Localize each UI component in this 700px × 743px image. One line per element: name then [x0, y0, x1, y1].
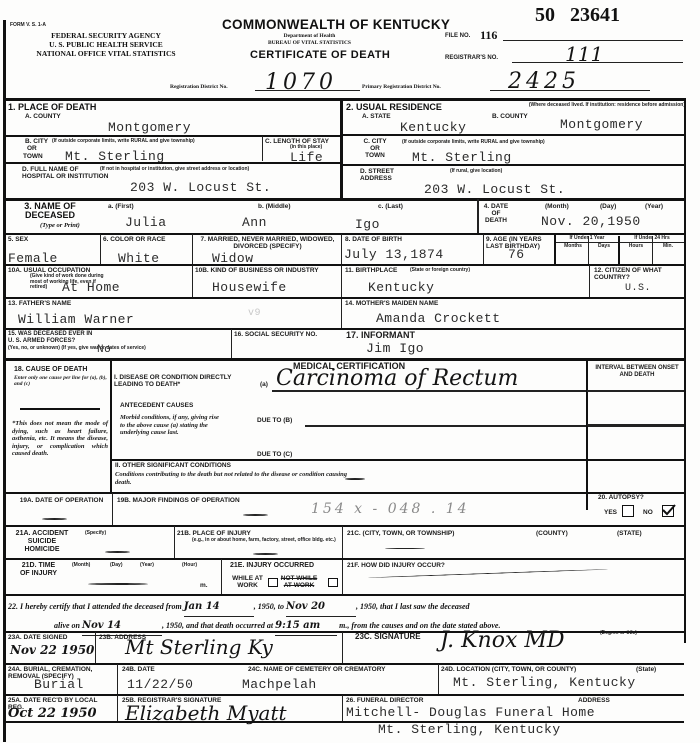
file-no-label: FILE NO. [445, 33, 470, 40]
autopsy-no-checkbox[interactable] [662, 505, 674, 517]
burial-value: Burial [34, 677, 84, 692]
age-min-col: Min. [653, 244, 683, 250]
blank-mark [368, 569, 608, 578]
time-of-death: 9:15 am [275, 617, 337, 636]
business-label: 10b. KIND OF BUSINESS OR INDUSTRY [195, 267, 340, 274]
injury-location-label: 21c. (CITY, TOWN, OR TOWNSHIP) [347, 530, 454, 537]
divider [5, 631, 684, 633]
res-county-value: Montgomery [560, 117, 643, 132]
business-value: Housewife [212, 280, 287, 295]
place-of-death-label: 1. PLACE OF DEATH [8, 102, 96, 112]
autopsy-no-label: NO [643, 509, 653, 516]
time-year-col: (Year) [140, 563, 154, 569]
birthplace-value: Kentucky [368, 280, 434, 295]
divider [192, 265, 193, 297]
funeral-director-value: Mitchell- Douglas Funeral Home [346, 705, 595, 720]
occupation-value: At Home [62, 280, 120, 295]
cert-text: alive on [54, 621, 80, 630]
race-label: 6. COLOR OR RACE [103, 236, 165, 243]
place-injury-note: (e.g., in or about home, farm, factory, … [192, 538, 342, 544]
divider [5, 558, 684, 560]
accident-specify: (Specify) [85, 531, 106, 537]
agency-block: FEDERAL SECURITY AGENCY U. S. PUBLIC HEA… [6, 31, 206, 58]
divider [5, 264, 684, 266]
other-conditions-label: II. OTHER SIGNIFICANT CONDITIONS [115, 462, 231, 469]
res-city-note: (If outside corporate limits, write RURA… [402, 140, 682, 146]
divider [342, 695, 343, 723]
divider [477, 199, 479, 233]
signature-label: 23c. SIGNATURE [355, 633, 421, 640]
divider [5, 328, 684, 330]
age-hours-col: Hours [620, 244, 652, 250]
disease-label: I. DISEASE OR CONDITION DIRECTLY LEADING… [114, 374, 254, 388]
attended-to: Nov 20 [286, 598, 356, 617]
divider [5, 594, 684, 596]
dod-month-col: (Month) [545, 203, 569, 210]
time-month-col: (Month) [72, 563, 90, 569]
physician-signature: J. Knox MD [440, 628, 565, 653]
form-number: Form V. S. 1-A [10, 22, 46, 29]
cemetery-value: Machpelah [242, 677, 317, 692]
age-value: 76 [508, 247, 525, 262]
cause-footnote: *This does not mean the mode of dying, s… [12, 420, 108, 458]
blank-mark [385, 548, 425, 549]
burial-date-label: 24b. DATE [122, 666, 155, 673]
mother-value: Amanda Crockett [376, 311, 501, 326]
divider [221, 559, 222, 594]
deceased-name-label: 3. NAME OF DECEASED [10, 202, 90, 220]
cause-label: 18. CAUSE OF DEATH [14, 366, 87, 373]
divider [4, 198, 684, 201]
divider [652, 236, 653, 264]
usual-residence-label: 2. USUAL RESIDENCE [346, 102, 442, 112]
age-months-col: Months [558, 244, 588, 250]
age-days-col: Days [589, 244, 619, 250]
burial-location-label: 24d. LOCATION (City, town, or county) [441, 666, 576, 673]
divider [618, 236, 620, 264]
divider [174, 526, 175, 558]
informant-label: 17. INFORMANT [346, 331, 415, 340]
due-b-label: DUE TO (b) [257, 417, 292, 424]
other-conditions-note: Conditions contributing to the death but… [115, 471, 360, 486]
first-name-value: Julia [125, 215, 167, 230]
divider [587, 424, 684, 426]
divider [117, 695, 118, 723]
due-c-label: DUE TO (c) [257, 451, 292, 458]
divider [438, 664, 439, 694]
funeral-address-value: Mt. Sterling, Kentucky [378, 722, 561, 737]
accident-label: 21a. ACCIDENT SUICIDE HOMICIDE [12, 530, 72, 554]
divider [341, 234, 342, 264]
res-county-label: b. COUNTY [492, 113, 528, 120]
divider [5, 162, 340, 164]
last-name-value: Igo [355, 217, 380, 232]
dod-year-col: (Year) [645, 203, 663, 210]
divider [5, 721, 684, 723]
degree-label: (Degree or title) [600, 631, 637, 637]
autopsy-yes-checkbox[interactable] [622, 505, 634, 517]
divider [483, 234, 484, 264]
time-injury-label: 21d. TIME OF INJURY [16, 562, 61, 578]
right-border [684, 98, 686, 643]
reg-district-line [255, 90, 360, 91]
file-no-value: 116 [480, 28, 497, 43]
divider [342, 134, 684, 136]
dob-value: July 13,1874 [344, 247, 444, 262]
funeral-address-label: ADDRESS [578, 697, 610, 704]
header-divider [4, 98, 684, 101]
burial-date-value: 11/22/50 [127, 677, 193, 692]
autopsy-label: 20. AUTOPSY? [598, 494, 644, 501]
divider [262, 136, 263, 161]
op-findings-label: 19b. MAJOR FINDINGS OF OPERATION [117, 497, 240, 504]
town-label: TOWN [23, 153, 43, 160]
birthplace-label: 11. BIRTHPLACE [345, 267, 397, 274]
hospital-label: d. FULL NAME OF HOSPITAL OR INSTITUTION [22, 166, 112, 180]
age-under-year: If Under 1 Year [557, 236, 617, 242]
citizen-value: U.S. [625, 283, 651, 294]
injury-occurred-label: 21e. INJURY OCCURRED [230, 562, 314, 569]
sex-label: 5. SEX [8, 236, 28, 243]
autopsy-yes-label: YES [604, 509, 617, 516]
armed-value: No [97, 344, 111, 356]
divider [112, 493, 113, 525]
registrar-no-value: 111 [565, 42, 603, 66]
cert-text: 22. I hereby certify that I attended the… [8, 602, 182, 611]
divider [117, 664, 118, 694]
date-signed-label: 23a. DATE SIGNED [8, 634, 67, 641]
divider [586, 360, 588, 510]
divider [589, 265, 590, 297]
divider [111, 459, 684, 461]
death-certificate: Form V. S. 1-A FEDERAL SECURITY AGENCY U… [0, 0, 700, 743]
divider [554, 234, 556, 264]
cert-line-1: 22. I hereby certify that I attended the… [8, 598, 683, 617]
res-state-label: a. STATE [362, 113, 391, 120]
burial-location-value: Mt. Sterling, Kentucky [453, 675, 636, 690]
death-county-label: a. COUNTY [25, 113, 61, 120]
informant-value: Jim Igo [366, 341, 424, 356]
divider [20, 408, 100, 410]
agency-line: U. S. PUBLIC HEALTH SERVICE [6, 40, 206, 49]
line-a-label: (a) [260, 381, 268, 388]
armed-note: (Yes, no, or unknown) (If yes, give war … [8, 346, 173, 352]
not-work-checkbox[interactable] [328, 578, 338, 587]
bureau-line: BUREAU OF VITAL STATISTICS [222, 40, 397, 47]
while-work-label: WHILE AT WORK [230, 575, 265, 589]
department-block: Department of Health BUREAU OF VITAL STA… [222, 33, 397, 47]
dod-value: Nov. 20,1950 [541, 214, 641, 229]
blank-mark [88, 583, 148, 585]
registrar-no-label: REGISTRAR'S NO. [445, 55, 498, 62]
last-name-label: c. (Last) [378, 203, 403, 210]
res-state-value: Kentucky [400, 120, 466, 135]
date-signed-value: Nov 22 1950 [10, 643, 94, 657]
blank-mark [345, 478, 365, 480]
how-injury-label: 21f. HOW DID INJURY OCCUR? [347, 562, 445, 569]
place-injury-label: 21b. PLACE OF INJURY [177, 530, 251, 537]
citizen-label: 12. CITIZEN OF WHAT COUNTRY? [594, 267, 682, 281]
code-note: 154 x - 048 . 14 [311, 501, 470, 517]
reg-district-label: Registration District No. [170, 84, 228, 90]
primary-district-label: Primary Registration District No. [362, 84, 441, 90]
res-city-label: c. CITY OR TOWN [360, 138, 390, 159]
dod-day-col: (Day) [600, 203, 616, 210]
death-city-label: b. CITY [25, 138, 48, 145]
divider [5, 492, 684, 494]
divider [100, 234, 101, 264]
blank-mark [243, 514, 268, 516]
res-street-value: 203 W. Locust St. [424, 182, 565, 197]
department-line: Department of Health [222, 33, 397, 40]
time-hour-col: (Hour) [182, 563, 197, 569]
res-street-label: d. STREET ADDRESS [360, 168, 405, 182]
attended-from: Jan 14 [184, 598, 254, 617]
antecedent-note: Morbid conditions, if any, giving rise t… [120, 414, 222, 437]
blank-mark [42, 518, 67, 520]
burial-state-label: (State) [636, 666, 656, 673]
cause-a-value: Carcinoma of Rectum [276, 366, 518, 391]
faint-mark: v9 [248, 308, 261, 319]
birthplace-note: (State or foreign country) [410, 268, 470, 274]
not-work-label: NOT WHILE AT WORK [280, 575, 318, 589]
check-icon [662, 504, 676, 516]
divider [231, 329, 232, 358]
middle-name-value: Ann [242, 215, 267, 230]
antecedent-label: ANTECEDENT CAUSES [120, 402, 193, 409]
divider [5, 135, 340, 137]
divider [95, 632, 96, 663]
middle-name-label: b. (Middle) [258, 203, 291, 210]
cemetery-label: 24c. NAME OF CEMETERY OR CREMATORY [248, 666, 385, 673]
first-name-label: a. (First) [108, 203, 134, 210]
reg-district-value: 1070 [265, 70, 337, 95]
injury-state-col: (STATE) [617, 530, 642, 537]
certificate-title: CERTIFICATE OF DEATH [250, 49, 390, 61]
or-label: OR [27, 145, 37, 152]
divider [5, 525, 684, 527]
agency-line: NATIONAL OFFICE VITAL STATISTICS [6, 49, 206, 58]
divider [588, 236, 589, 264]
divider [342, 526, 343, 594]
cert-text: , 1950, and that death occurred at [162, 621, 273, 630]
divider [5, 663, 684, 665]
cert-text: , 1950, that I last saw the deceased [356, 602, 470, 611]
time-m-label: m. [200, 582, 208, 589]
blank-mark [105, 551, 130, 553]
marital-label: 7. MARRIED, NEVER MARRIED, WIDOWED, DIVO… [195, 236, 340, 250]
address-value: Mt Sterling Ky [125, 635, 273, 659]
father-value: William Warner [18, 312, 134, 327]
res-city-value: Mt. Sterling [412, 150, 512, 165]
dob-label: 8. DATE OF BIRTH [345, 236, 402, 243]
injury-county-col: (COUNTY) [536, 530, 568, 537]
col-divider [340, 100, 343, 199]
usual-residence-note: (Where deceased lived. If institution: r… [490, 103, 685, 109]
divider [587, 390, 684, 392]
divider [192, 234, 193, 264]
res-street-note: (If rural, give location) [450, 169, 502, 175]
hospital-note: (If not in hospital or institution, give… [100, 167, 335, 173]
agency-line: FEDERAL SECURITY AGENCY [6, 31, 206, 40]
dod-label: 4. DATE OF DEATH [481, 203, 511, 224]
cert-text: , 1950, to [254, 602, 284, 611]
divider [110, 360, 112, 492]
interval-label: INTERVAL BETWEEN ONSET AND DEATH [592, 365, 682, 379]
divider [5, 297, 684, 299]
armed-label: 15. WAS DECEASED EVER IN U. S. ARMED FOR… [8, 331, 96, 345]
primary-district-line [490, 90, 650, 91]
while-work-checkbox[interactable] [268, 578, 278, 587]
blank-mark [253, 553, 278, 555]
mother-label: 14. MOTHER'S MAIDEN NAME [345, 300, 438, 307]
divider [342, 164, 684, 166]
divider [342, 632, 343, 663]
father-label: 13. FATHER'S NAME [8, 300, 71, 307]
file-no-line [503, 40, 683, 41]
hospital-value: 203 W. Locust St. [130, 180, 271, 195]
death-city-note: (If outside corporate limits, write RURA… [52, 139, 262, 145]
op-date-label: 19a. DATE OF OPERATION [14, 497, 109, 504]
cause-note: Enter only one cause per line for (a), (… [14, 375, 109, 387]
death-county-value: Montgomery [108, 120, 191, 135]
date-received-value: Oct 22 1950 [8, 706, 97, 721]
divider [5, 694, 684, 696]
deceased-name-note: (Type or Print) [40, 222, 80, 229]
stamp-number: 50 23641 [535, 4, 620, 27]
funeral-director-label: 26. FUNERAL DIRECTOR [346, 697, 423, 704]
left-border [3, 20, 6, 742]
time-day-col: (Day) [110, 563, 123, 569]
document-title: COMMONWEALTH OF KENTUCKY [222, 17, 450, 32]
ssn-label: 16. SOCIAL SECURITY NO. [234, 331, 338, 338]
